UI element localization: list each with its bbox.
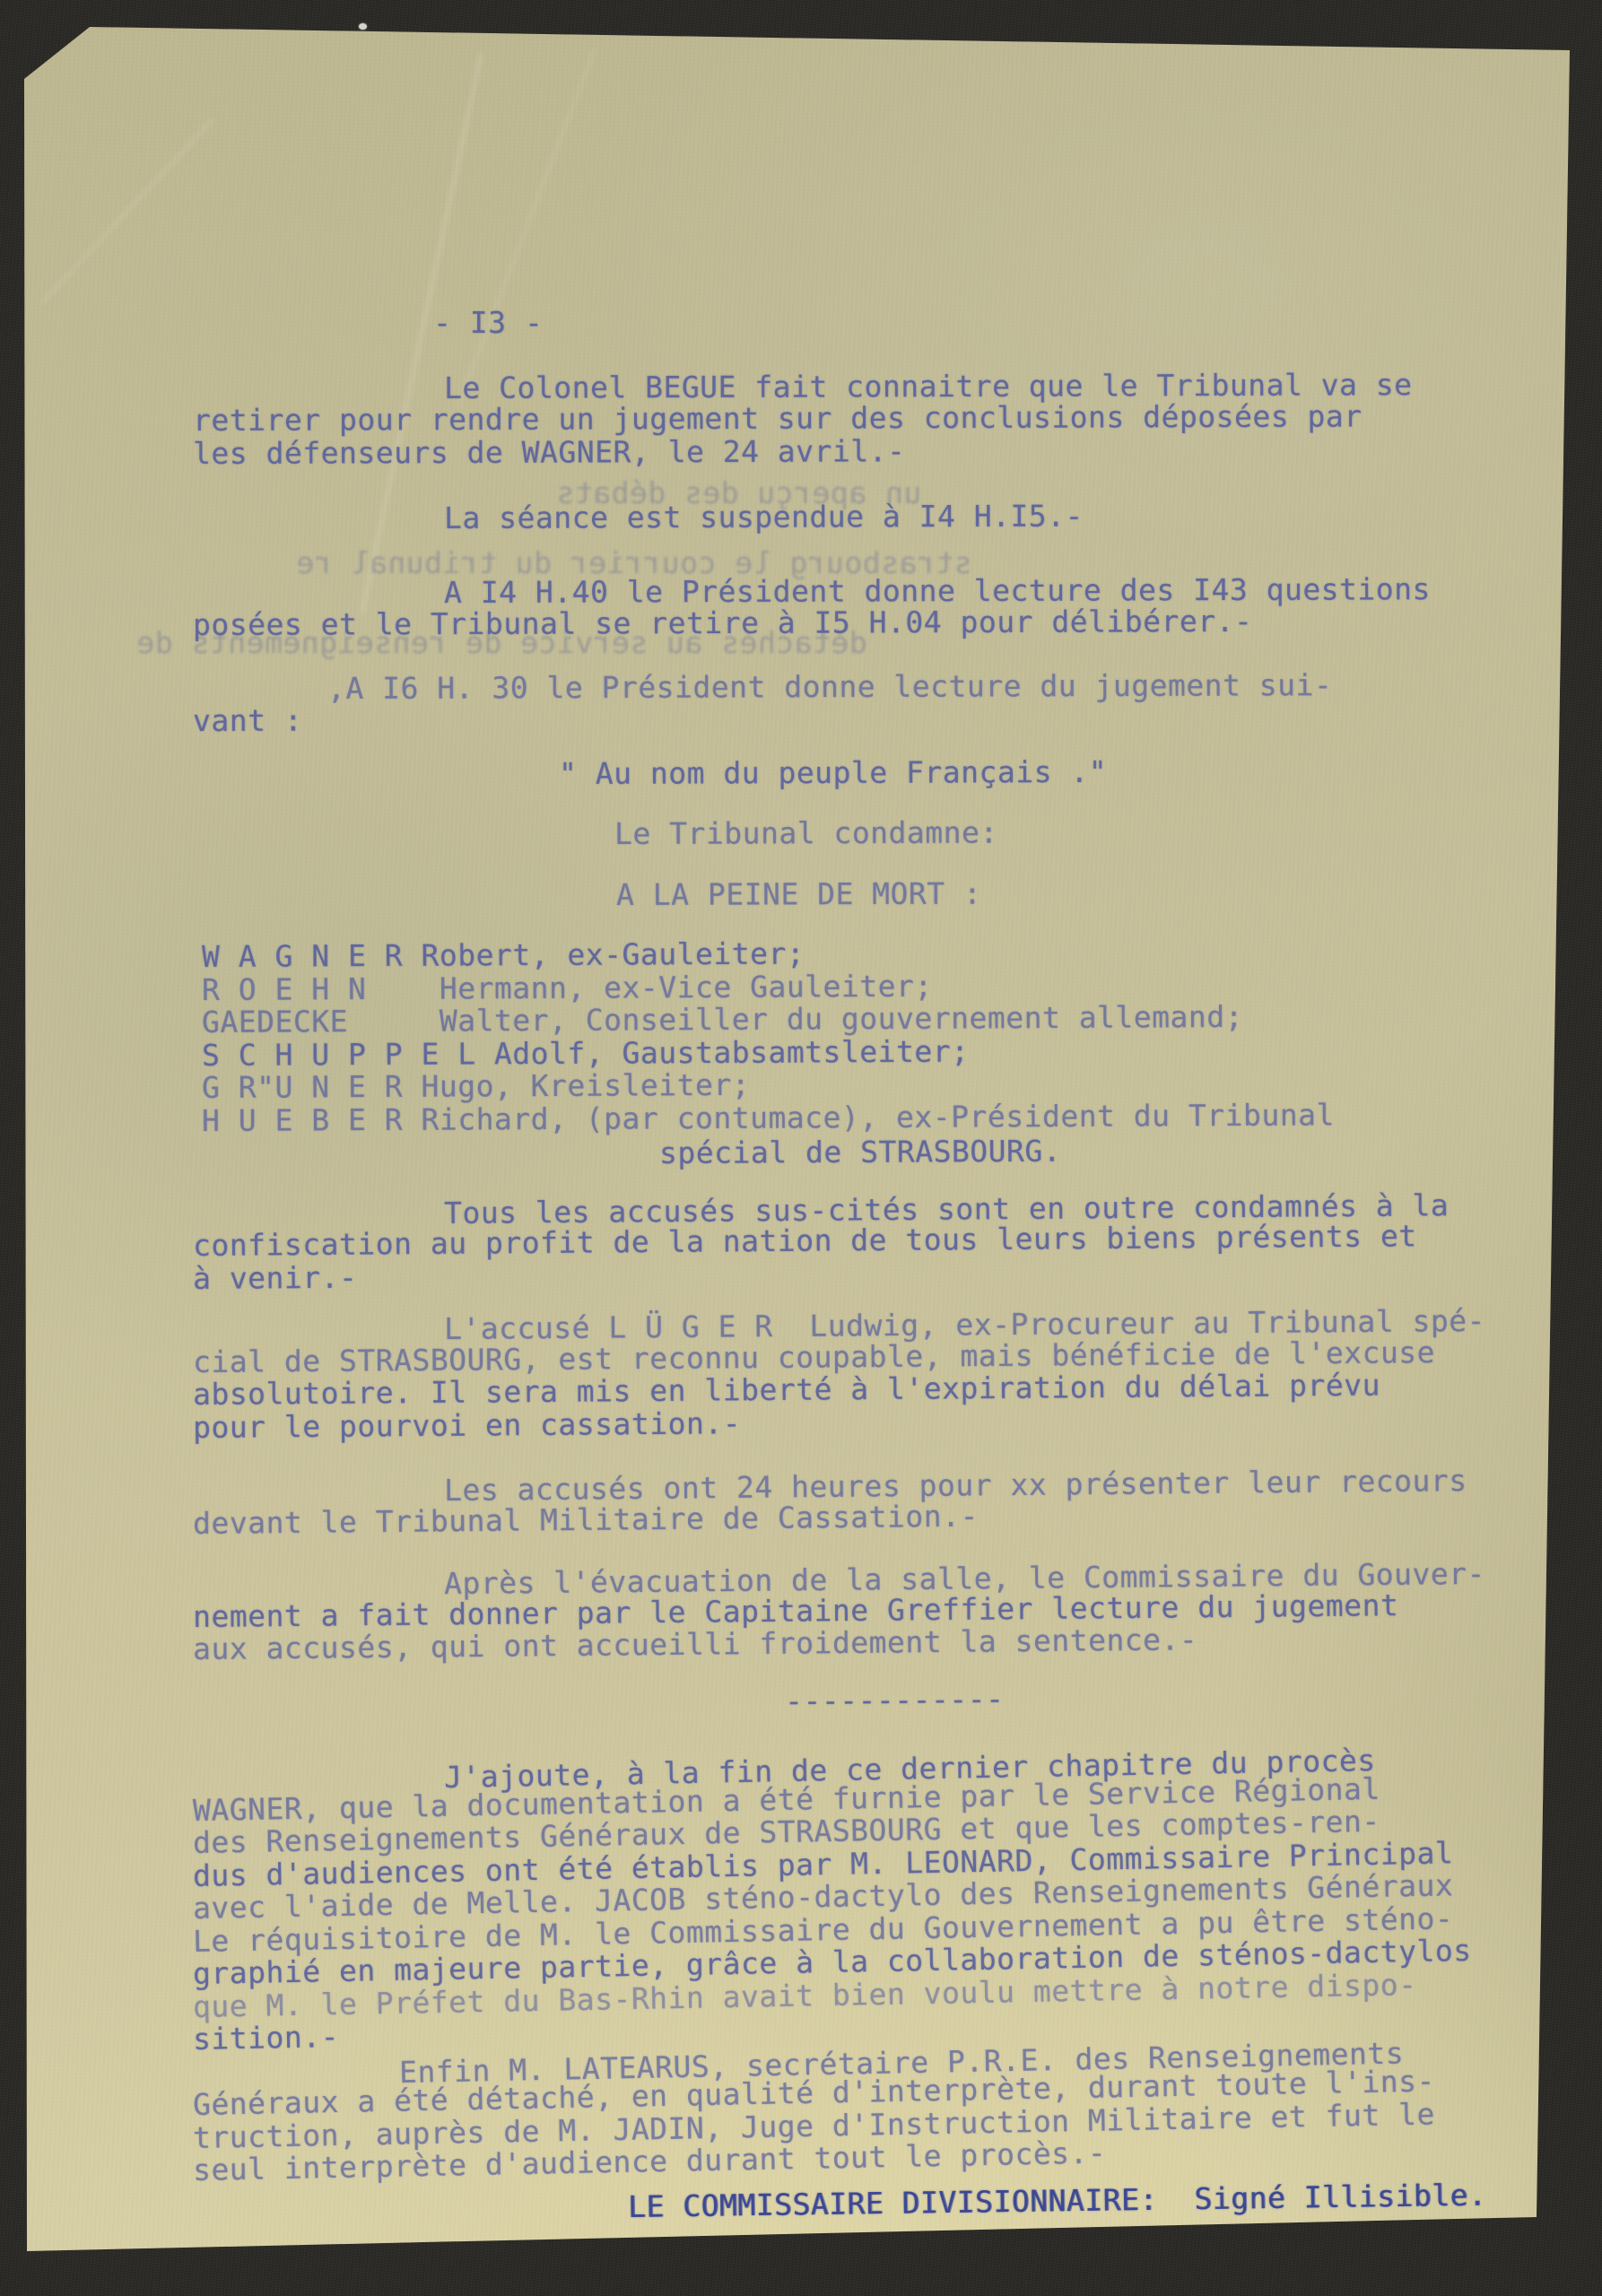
text-line: posées et le Tribunal se retire à I5 H.0… — [193, 604, 1556, 642]
paper-crease — [40, 119, 213, 305]
page-number: - I3 - — [433, 307, 1556, 340]
signature-line: LE COMMISSAIRE DIVISIONNAIRE: Signé Illi… — [628, 2178, 1556, 2223]
text-line: spécial de STRASBOURG. — [659, 1133, 1556, 1170]
paper: un aperçu des débatsstrasbourg le courri… — [0, 0, 1602, 2296]
text-line: les défenseurs de WAGNER, le 24 avril.- — [193, 432, 1556, 470]
text-line: La séance est suspendue à I4 H.I5.- — [444, 499, 1556, 535]
text-line: A LA PEINE DE MORT : — [616, 875, 1556, 911]
text-line: H U E B E R Richard, (par contumace), ex… — [202, 1098, 1556, 1137]
text-line: devant le Tribunal Militaire de Cassatio… — [193, 1494, 1556, 1540]
divider-dashes: ------------ — [785, 1676, 1556, 1718]
paper-speck — [359, 23, 367, 30]
text-line: Le Tribunal condamne: — [614, 814, 1556, 850]
text-line: retirer pour rendre un jugement sur des … — [193, 400, 1556, 438]
text-line: vant : — [193, 700, 1556, 738]
text-line: " Au nom du peuple Français ." — [559, 754, 1556, 790]
document-text: - I3 -Le Colonel BEGUE fait connaitre qu… — [193, 307, 1556, 2223]
text-line: ,A I6 H. 30 le Président donne lecture d… — [327, 668, 1556, 705]
scan-background: un aperçu des débatsstrasbourg le courri… — [0, 0, 1602, 2296]
